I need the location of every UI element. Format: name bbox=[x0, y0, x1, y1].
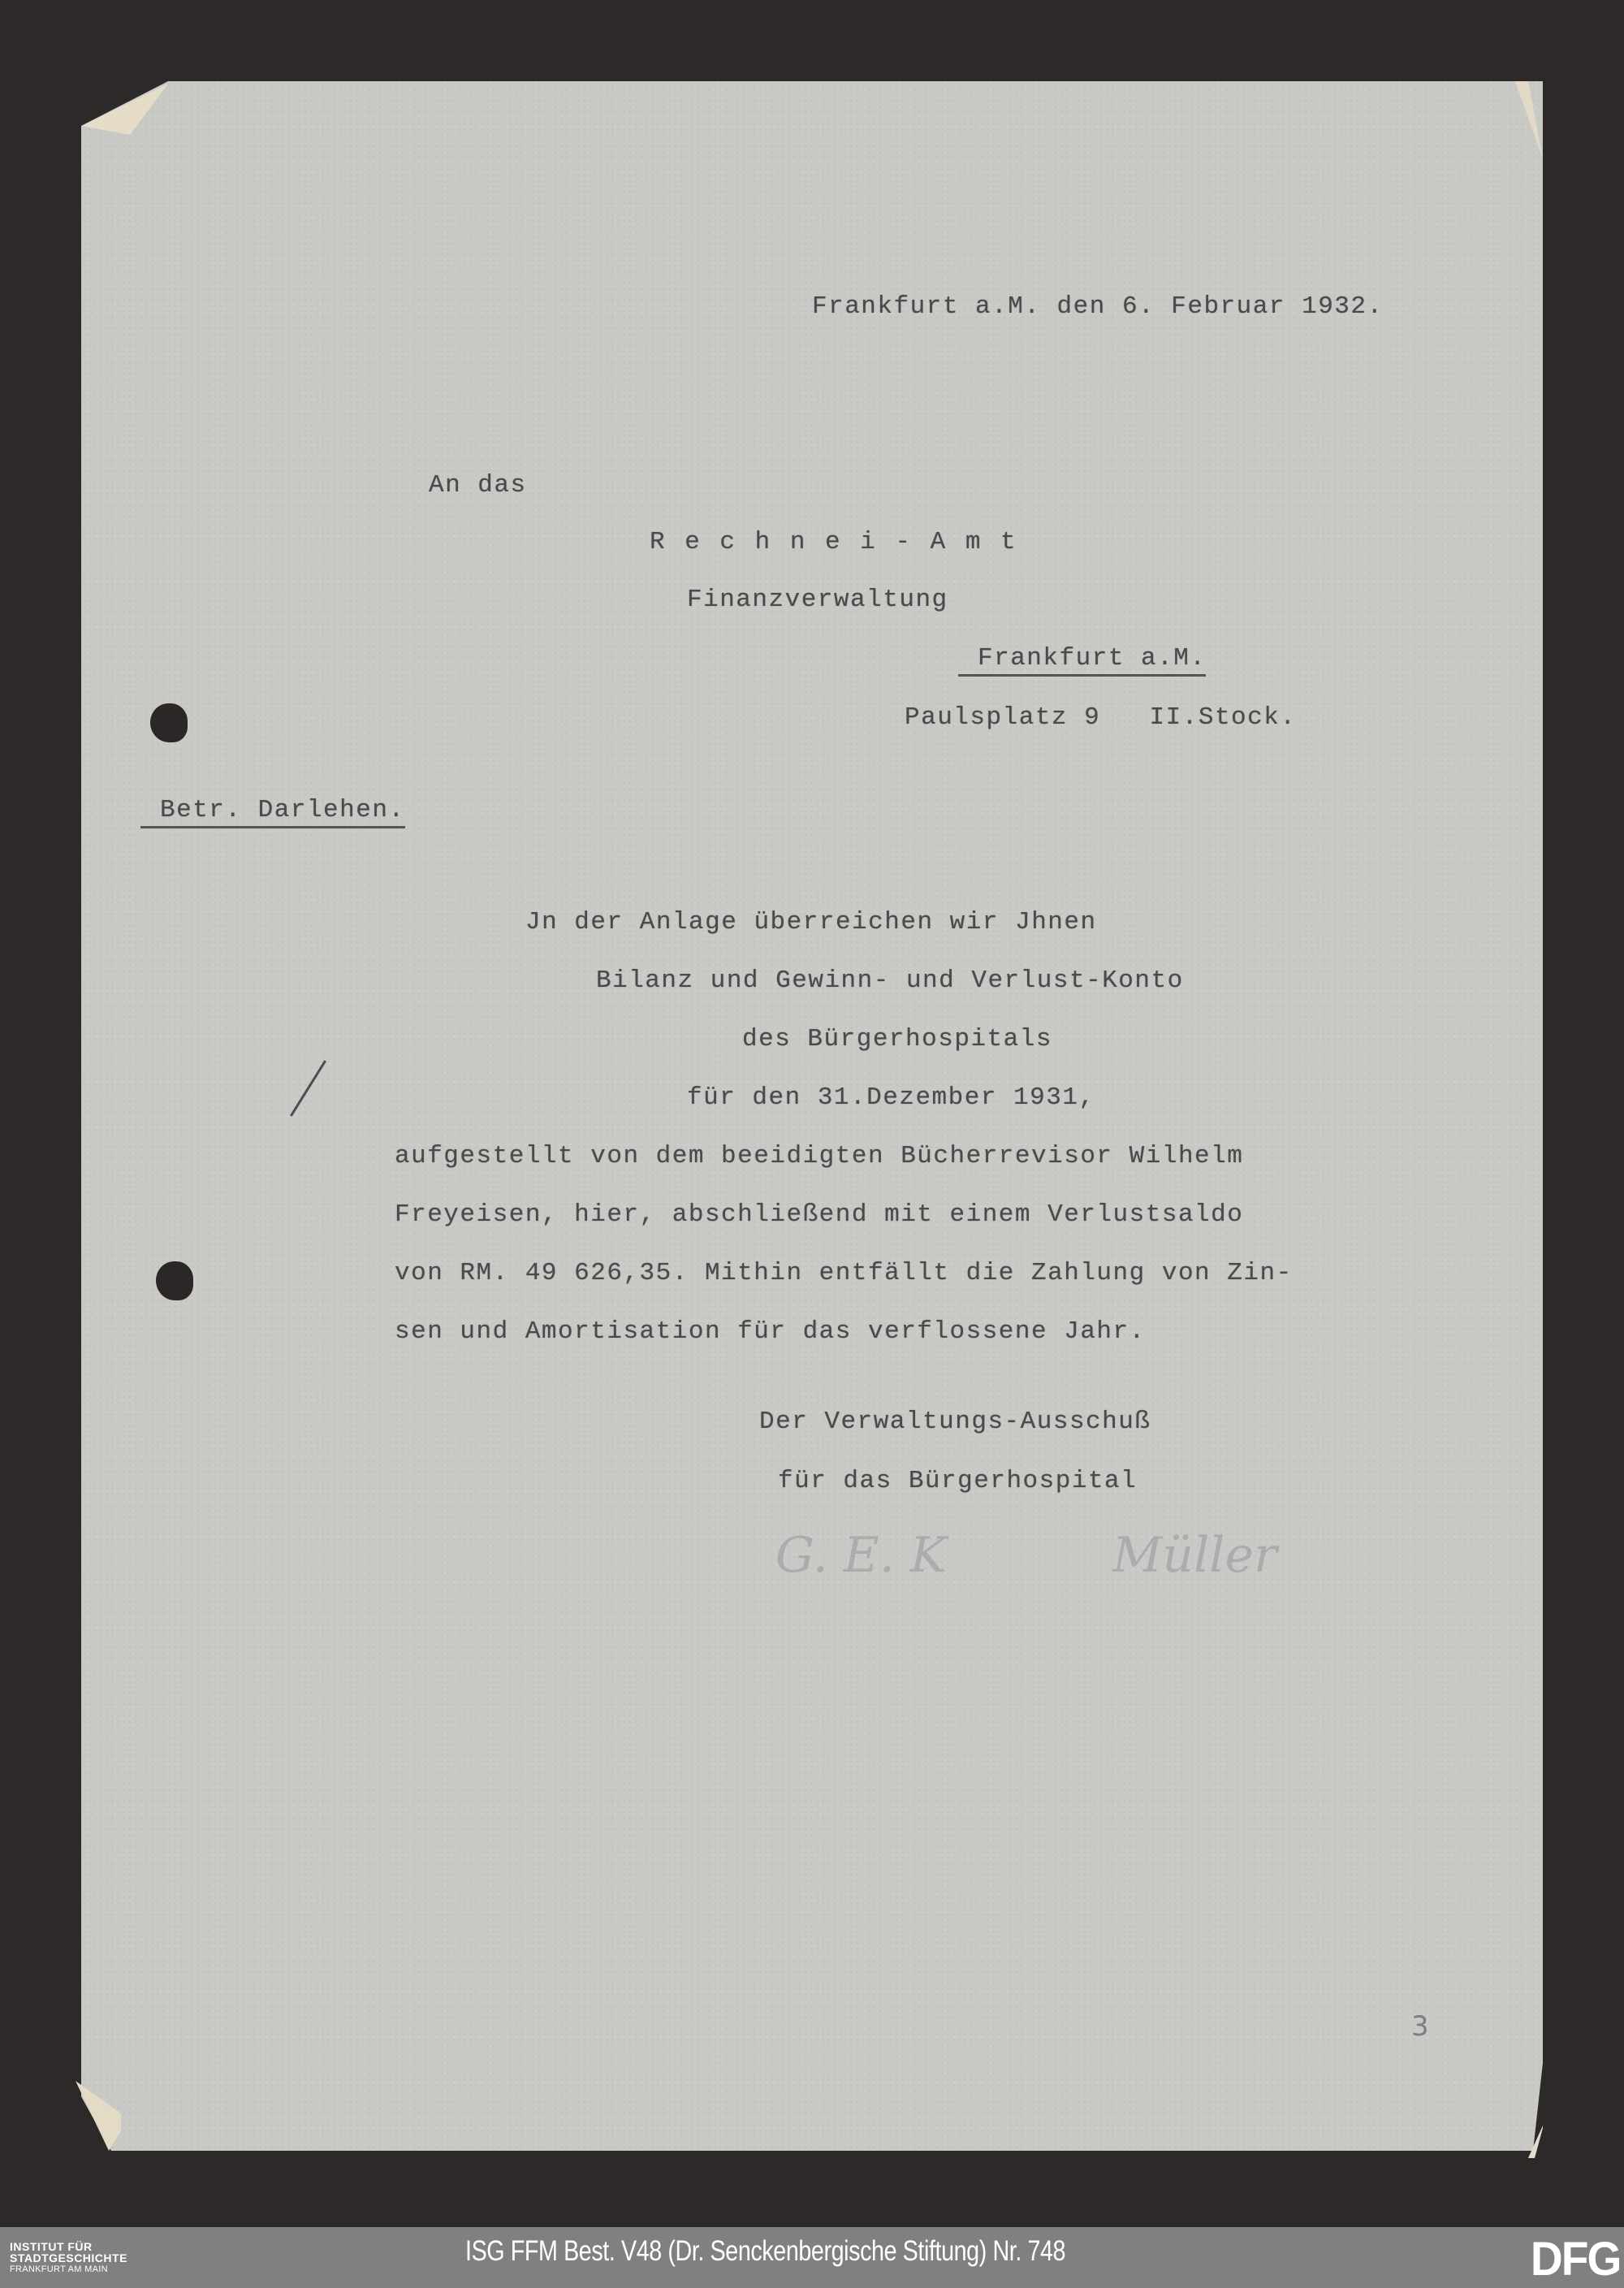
body-line-2: Bilanz und Gewinn- und Verlust-Konto bbox=[596, 967, 1184, 995]
page-number: 3 bbox=[1411, 2010, 1429, 2043]
body-line-5: aufgestellt von dem beeidigten Bücherrev… bbox=[395, 1142, 1243, 1170]
dfg-logo: DFG bbox=[1530, 2235, 1620, 2284]
recipient-office: R e c h n e i - A m t bbox=[650, 528, 1018, 556]
institute-line-3: FRANKFURT AM MAIN bbox=[10, 2264, 127, 2275]
closing-line-2: für das Bürgerhospital bbox=[778, 1467, 1137, 1495]
letter-paper bbox=[81, 81, 1543, 2151]
institute-line-1: INSTITUT FÜR bbox=[10, 2241, 127, 2252]
subject-line: Betr. Darlehen. bbox=[140, 796, 405, 828]
punch-hole-upper bbox=[150, 703, 188, 742]
archive-footer: INSTITUT FÜR STADTGESCHICHTE FRANKFURT A… bbox=[0, 2227, 1624, 2288]
body-line-8: sen und Amortisation für das verflossene… bbox=[395, 1317, 1146, 1346]
body-line-3: des Bürgerhospitals bbox=[742, 1025, 1052, 1053]
recipient-address: Paulsplatz 9 II.Stock. bbox=[905, 703, 1296, 732]
institute-line-2: STADTGESCHICHTE bbox=[10, 2252, 127, 2264]
body-line-1: Jn der Anlage überreichen wir Jhnen bbox=[525, 908, 1097, 936]
body-line-4: für den 31.Dezember 1931, bbox=[687, 1083, 1095, 1112]
recipient-salutation: An das bbox=[429, 471, 527, 500]
institute-logo: INSTITUT FÜR STADTGESCHICHTE FRANKFURT A… bbox=[10, 2241, 127, 2275]
signature-initials: G. E. K bbox=[775, 1527, 947, 1584]
punch-hole-lower bbox=[156, 1261, 193, 1300]
body-line-6: Freyeisen, hier, abschließend mit einem … bbox=[395, 1200, 1243, 1229]
body-line-7: von RM. 49 626,35. Mithin entfällt die Z… bbox=[395, 1259, 1293, 1287]
recipient-department: Finanzverwaltung bbox=[687, 586, 948, 614]
closing-line-1: Der Verwaltungs-Ausschuß bbox=[759, 1408, 1151, 1436]
place-date: Frankfurt a.M. den 6. Februar 1932. bbox=[812, 292, 1384, 321]
recipient-city: Frankfurt a.M. bbox=[958, 644, 1206, 677]
archive-caption: ISG FFM Best. V48 (Dr. Senckenbergische … bbox=[465, 2235, 1065, 2268]
signature-name: Müller bbox=[1112, 1527, 1277, 1584]
